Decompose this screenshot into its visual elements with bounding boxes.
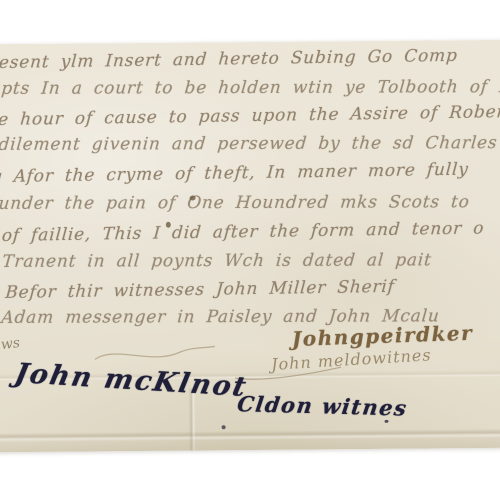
ink-blot: [166, 222, 171, 228]
bottom-edge-shadow: [0, 428, 500, 452]
manuscript-line: e Tranent in all poynts Wch is dated al …: [0, 247, 500, 275]
manuscript-line: e of faillie, This I did after the form …: [0, 215, 500, 250]
manuscript-line: depts In a court to be holden wtin ye To…: [0, 74, 500, 102]
parchment-sheet: present ylm Insert and hereto Subing Go …: [0, 40, 500, 452]
manuscript-line: Indilement givenin and persewed by the s…: [0, 130, 500, 158]
manuscript-line: lt Befor thir witnesses John Miller Sher…: [0, 272, 500, 307]
signature-john-speir: Johngpeirdker: [291, 321, 473, 351]
manuscript-photograph: present ylm Insert and hereto Subing Go …: [0, 0, 500, 500]
signature-dark-ink-witness: Cldon witnes: [236, 391, 409, 420]
signature-dark-ink-name: John mcKlnot: [12, 358, 250, 403]
manuscript-line: the hour of cause to pass upon the Assir…: [0, 99, 500, 134]
marginal-pen-mark: ws: [0, 335, 21, 353]
manuscript-line: present ylm Insert and hereto Subing Go …: [0, 42, 500, 77]
ink-blot: [222, 425, 226, 429]
manuscript-line: t under the pain of One Houndred mks Sco…: [0, 189, 500, 217]
pen-flourish-icon: [93, 342, 218, 365]
ink-blot: [385, 420, 389, 423]
manuscript-line: ng Afor the cryme of theft, In maner mor…: [0, 156, 500, 191]
ink-blot: [190, 195, 196, 200]
